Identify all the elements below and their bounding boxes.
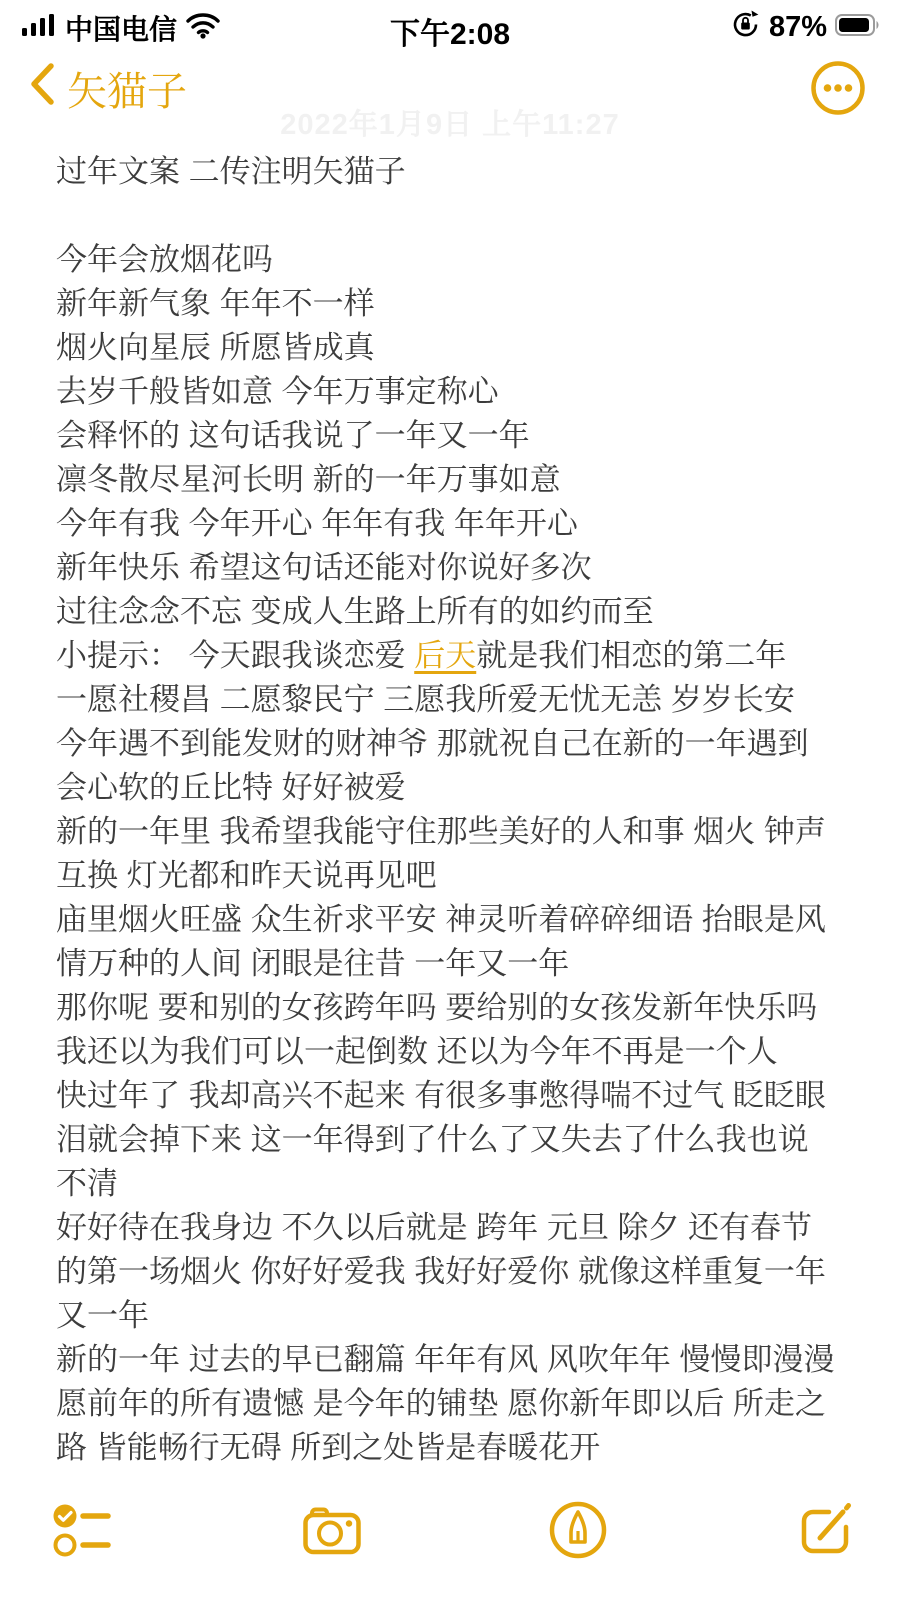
compose-icon xyxy=(796,1548,856,1563)
note-line: 好好待在我身边 不久以后就是 跨年 元旦 除夕 还有春节 xyxy=(56,1206,870,1250)
cellular-signal-icon xyxy=(22,14,56,43)
note-line: 烟火向星辰 所愿皆成真 xyxy=(56,326,870,370)
battery-icon xyxy=(835,14,880,41)
note-line: 庙里烟火旺盛 众生祈求平安 神灵听着碎碎细语 抬眼是风 xyxy=(56,898,870,942)
note-line: 凛冬散尽星河长明 新的一年万事如意 xyxy=(56,458,870,502)
note-line: 今年遇不到能发财的财神爷 那就祝自己在新的一年遇到 xyxy=(56,722,870,766)
rotation-lock-icon xyxy=(730,9,761,45)
camera-icon xyxy=(303,1543,361,1558)
status-bar: 中国电信 下午2:08 87% xyxy=(0,0,900,50)
status-bar-left: 中国电信 xyxy=(22,8,220,48)
note-line: 又一年 xyxy=(56,1294,870,1338)
carrier-label: 中国电信 xyxy=(65,8,177,48)
note-line: 路 皆能畅行无碍 所到之处皆是春暖花开 xyxy=(56,1426,870,1470)
note-line: 一愿社稷昌 二愿黎民宁 三愿我所爱无忧无恙 岁岁长安 xyxy=(56,678,870,722)
note-line: 新的一年 过去的早已翻篇 年年有风 风吹年年 慢慢即漫漫 xyxy=(56,1338,870,1382)
note-line: 的第一场烟火 你好好爱我 我好好爱你 就像这样重复一年 xyxy=(56,1250,870,1294)
status-bar-right: 87% xyxy=(730,9,880,45)
note-line xyxy=(56,194,870,238)
note-line: 快过年了 我却高兴不起来 有很多事憋得喘不过气 眨眨眼 xyxy=(56,1074,870,1118)
link-line-after: 就是我们相恋的第二年 xyxy=(476,638,786,673)
note-line: 今年会放烟花吗 xyxy=(56,238,870,282)
note-line: 今年有我 今年开心 年年有我 年年开心 xyxy=(56,502,870,546)
note-line: 新年快乐 希望这句话还能对你说好多次 xyxy=(56,546,870,590)
note-lines-bottom: 一愿社稷昌 二愿黎民宁 三愿我所爱无忧无恙 岁岁长安今年遇不到能发财的财神爷 那… xyxy=(56,678,870,1470)
note-line: 情万种的人间 闭眼是往昔 一年又一年 xyxy=(56,942,870,986)
checklist-icon xyxy=(52,1547,114,1562)
camera-button[interactable] xyxy=(303,1505,361,1555)
date-link[interactable]: 后天 xyxy=(414,638,476,673)
note-line: 不清 xyxy=(56,1162,870,1206)
note-line: 去岁千般皆如意 今年万事定称心 xyxy=(56,370,870,414)
notes-app-screen: 中国电信 下午2:08 87% xyxy=(0,0,900,1600)
note-line-with-link: 小提示： 今天跟我谈恋爱 后天就是我们相恋的第二年 xyxy=(56,634,870,678)
checklist-button[interactable] xyxy=(52,1501,114,1559)
note-line: 会心软的丘比特 好好被爱 xyxy=(56,766,870,810)
markup-button[interactable] xyxy=(549,1501,607,1559)
status-time: 下午2:08 xyxy=(390,9,510,53)
note-line: 过往念念不忘 变成人生路上所有的如约而至 xyxy=(56,590,870,634)
link-line-before: 小提示： 今天跟我谈恋爱 xyxy=(56,638,414,673)
note-line: 那你呢 要和别的女孩跨年吗 要给别的女孩发新年快乐吗 xyxy=(56,986,870,1030)
wifi-icon xyxy=(186,13,220,44)
note-line: 泪就会掉下来 这一年得到了什么了又失去了什么我也说 xyxy=(56,1118,870,1162)
note-line: 愿前年的所有遗憾 是今年的铺垫 愿你新年即以后 所走之 xyxy=(56,1382,870,1426)
note-line: 新年新气象 年年不一样 xyxy=(56,282,870,326)
note-line: 互换 灯光都和昨天说再见吧 xyxy=(56,854,870,898)
note-line: 会释怀的 这句话我说了一年又一年 xyxy=(56,414,870,458)
note-date: 2022年1月9日 上午11:27 xyxy=(0,102,900,143)
battery-percent: 87% xyxy=(769,11,827,44)
note-line: 新的一年里 我希望我能守住那些美好的人和事 烟火 钟声 xyxy=(56,810,870,854)
note-lines-top: 过年文案 二传注明矢猫子今年会放烟花吗新年新气象 年年不一样烟火向星辰 所愿皆成… xyxy=(56,150,870,634)
note-line: 过年文案 二传注明矢猫子 xyxy=(56,150,870,194)
markup-icon xyxy=(549,1547,607,1562)
note-body[interactable]: 过年文案 二传注明矢猫子今年会放烟花吗新年新气象 年年不一样烟火向星辰 所愿皆成… xyxy=(56,150,870,1470)
compose-button[interactable] xyxy=(796,1500,856,1560)
note-line: 我还以为我们可以一起倒数 还以为今年不再是一个人 xyxy=(56,1030,870,1074)
bottom-toolbar xyxy=(0,1486,900,1574)
